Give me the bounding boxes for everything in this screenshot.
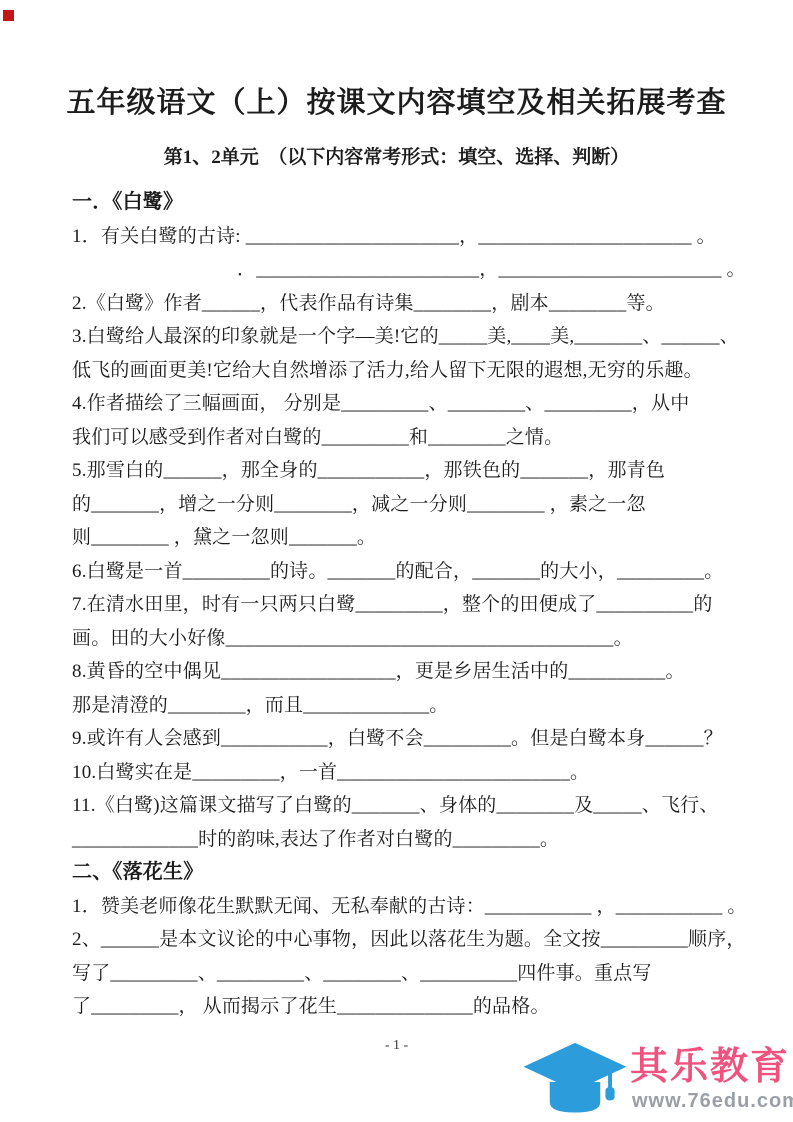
worksheet-line: 3.白鹭给人最深的印象就是一个字—美!它的_____美,____美,______…	[72, 320, 737, 354]
worksheet-line: 那是清澄的________，而且_____________。	[72, 689, 737, 723]
worksheet-line: 4.作者描绘了三幅画面， 分别是_________、________、_____…	[72, 387, 737, 421]
worksheet-line: 低飞的画面更美!它给大自然增添了活力,给人留下无限的遐想,无穷的乐趣。	[72, 354, 737, 388]
section-heading-bailu: 一．《白鹭》	[72, 186, 737, 220]
worksheet-line: 2.《白鹭》作者______，代表作品有诗集________，剧本_______…	[72, 287, 737, 321]
worksheet-line: 了_________， 从而揭示了花生______________的品格。	[72, 990, 737, 1024]
worksheet-line: 10.白鹭实在是_________，一首____________________…	[72, 756, 737, 790]
worksheet-line: 的_______，增之一分则________，减之一分则________ ，素之…	[72, 488, 737, 522]
logo-url-text: www.76edu.com	[632, 1090, 782, 1113]
worksheet-body: 一．《白鹭》 1．有关白鹭的古诗: ______________________…	[72, 186, 737, 1024]
worksheet-line: 我们可以感受到作者对白鹭的_________和________之情。	[72, 421, 737, 455]
page-title: 五年级语文（上）按课文内容填空及相关拓展考查	[0, 80, 793, 121]
qile-education-logo: 其乐教育 www.76edu.com	[498, 1040, 783, 1118]
section-heading-luohuasheng: 二、《落花生》	[72, 856, 737, 890]
red-corner-mark	[3, 10, 14, 21]
worksheet-page: 五年级语文（上）按课文内容填空及相关拓展考查 第1、2单元 （以下内容常考形式：…	[0, 0, 793, 1122]
worksheet-line: 1．赞美老师像花生默默无闻、无私奉献的古诗：___________ ，_____…	[72, 890, 737, 924]
page-subtitle: 第1、2单元 （以下内容常考形式：填空、选择、判断）	[0, 142, 793, 169]
worksheet-line: 7.在清水田里，时有一只两只白鹭_________，整个的田便成了_______…	[72, 588, 737, 622]
graduation-cap-icon	[520, 1042, 630, 1116]
logo-name-text: 其乐教育	[630, 1046, 780, 1088]
worksheet-line: 1．有关白鹭的古诗: ______________________，______…	[72, 220, 737, 254]
worksheet-line: ．_______________________，_______________…	[72, 253, 737, 287]
worksheet-line: 8.黄昏的空中偶见__________________，更是乡居生活中的____…	[72, 655, 737, 689]
worksheet-line: 写了_________、_________、________、_________…	[72, 957, 737, 991]
worksheet-line: _____________时的韵味,表达了作者对白鹭的_________。	[72, 823, 737, 857]
worksheet-line: 5.那雪白的______，那全身的___________，那铁色的_______…	[72, 454, 737, 488]
worksheet-line: 6.白鹭是一首_________的诗。_______的配合，_______的大小…	[72, 555, 737, 589]
worksheet-line: 11.《白鹭)这篇课文描写了白鹭的_______、身体的________及___…	[72, 789, 737, 823]
worksheet-line: 2、______是本文议论的中心事物，因此以落花生为题。全文按_________…	[72, 923, 737, 957]
worksheet-line: 画。田的大小好像________________________________…	[72, 622, 737, 656]
worksheet-line: 9.或许有人会感到___________，白鹭不会_________。但是白鹭本…	[72, 722, 737, 756]
worksheet-line: 则________ ，黛之一忽则_______。	[72, 521, 737, 555]
